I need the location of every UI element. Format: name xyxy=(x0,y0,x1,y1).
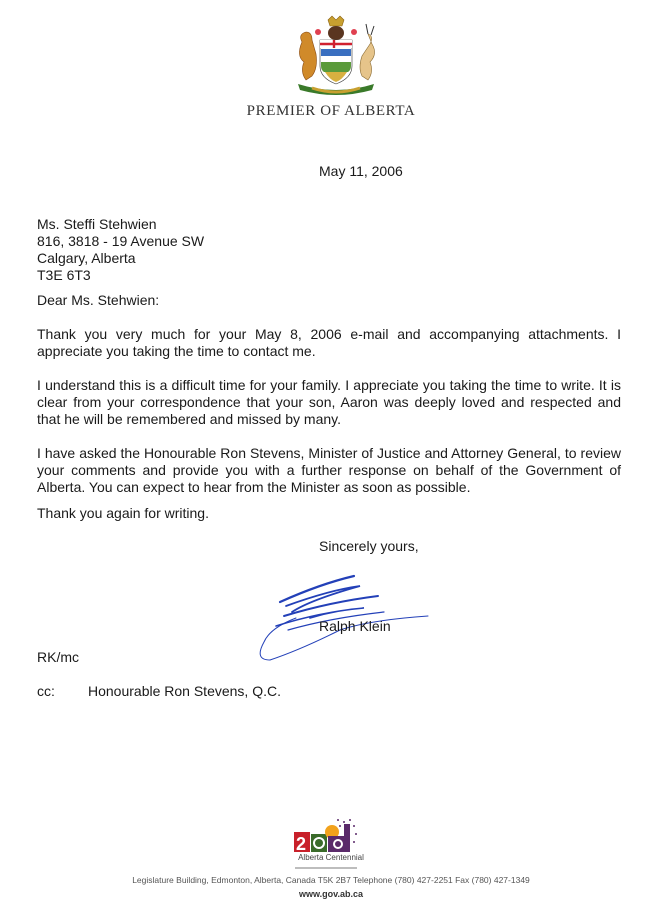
salutation: Dear Ms. Stehwien: xyxy=(37,292,159,308)
centennial-logo-text: Alberta Centennial xyxy=(0,853,662,862)
letter-date: May 11, 2006 xyxy=(319,163,403,179)
recipient-name: Ms. Steffi Stehwien xyxy=(37,216,204,233)
signer-name: Ralph Klein xyxy=(319,618,391,634)
cc-recipient: Honourable Ron Stevens, Q.C. xyxy=(88,683,281,699)
closing: Sincerely yours, xyxy=(319,538,419,554)
recipient-street: 816, 3818 - 19 Avenue SW xyxy=(37,233,204,250)
svg-text:2: 2 xyxy=(296,834,306,854)
body-paragraph: Thank you again for writing. xyxy=(37,505,621,522)
footer-website: www.gov.ab.ca xyxy=(0,889,662,899)
cc-label: cc: xyxy=(37,683,55,699)
reference-initials: RK/mc xyxy=(37,649,79,665)
footer-divider xyxy=(295,867,357,869)
body-paragraph: Thank you very much for your May 8, 2006… xyxy=(37,326,621,360)
coat-of-arms-icon xyxy=(288,14,384,100)
centennial-logo-icon: 2 xyxy=(292,818,368,858)
footer-address: Legislature Building, Edmonton, Alberta,… xyxy=(0,875,662,885)
letterhead-office: PREMIER OF ALBERTA xyxy=(0,103,662,120)
recipient-address: Ms. Steffi Stehwien 816, 3818 - 19 Avenu… xyxy=(37,216,204,284)
body-paragraph: I understand this is a difficult time fo… xyxy=(37,377,621,428)
recipient-postal: T3E 6T3 xyxy=(37,267,204,284)
body-paragraph: I have asked the Honourable Ron Stevens,… xyxy=(37,445,621,496)
recipient-city: Calgary, Alberta xyxy=(37,250,204,267)
